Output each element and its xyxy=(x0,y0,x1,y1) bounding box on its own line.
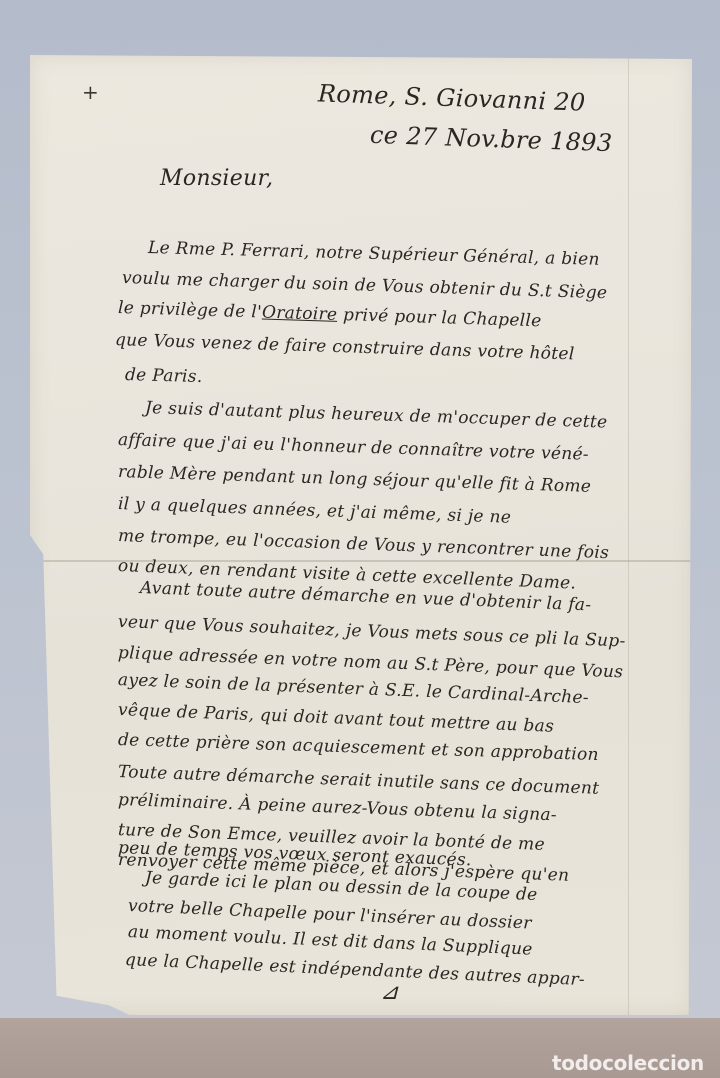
salutation: Monsieur, xyxy=(160,166,273,191)
margin-cross-mark: + xyxy=(82,80,99,104)
closing-flourish-mark: ⊿ xyxy=(380,980,398,1005)
watermark-logo: todocoleccion xyxy=(552,1051,704,1075)
vertical-fold-line xyxy=(628,55,629,1015)
letter-line: de Paris. xyxy=(125,365,203,387)
underlined-word: Oratoire xyxy=(262,303,338,325)
